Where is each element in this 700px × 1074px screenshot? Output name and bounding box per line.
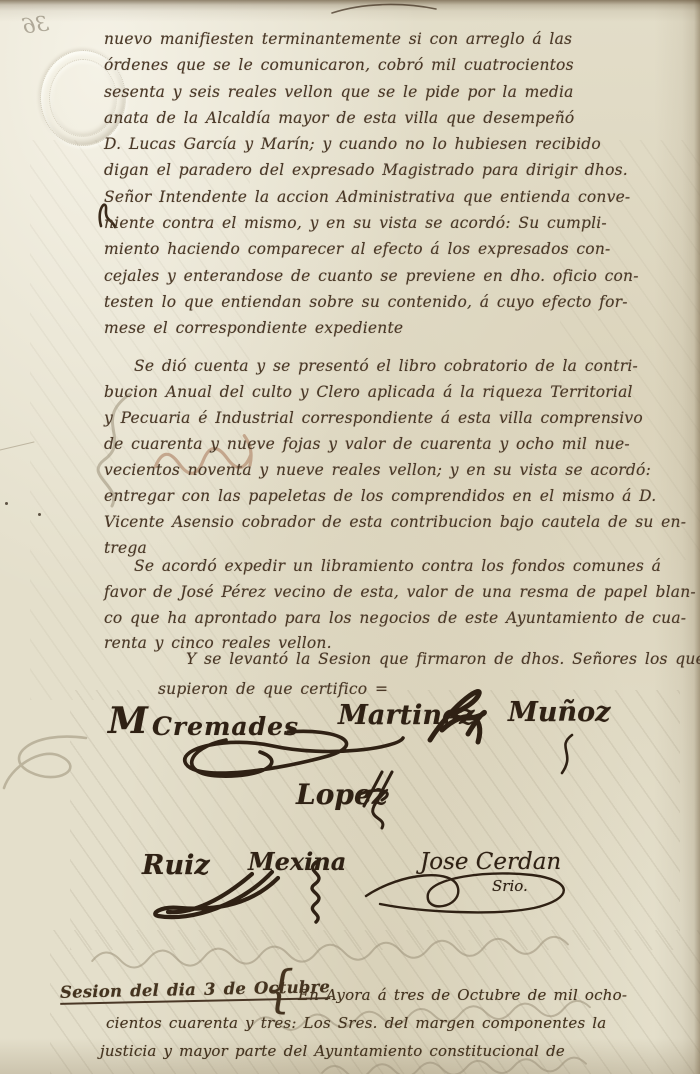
manuscript-page-scan: 36 nuevo manifiesten terminantemente si … bbox=[0, 0, 700, 1074]
manuscript-paragraph-1: nuevo manifiesten terminantemente si con… bbox=[104, 30, 639, 346]
manuscript-line: niente contra el mismo, y en su vista se… bbox=[104, 214, 639, 240]
manuscript-line: bucion Anual del culto y Clero aplicada … bbox=[104, 383, 686, 409]
manuscript-line: anata de la Alcaldía mayor de esta villa… bbox=[104, 109, 639, 135]
manuscript-line: Se acordó expedir un libramiento contra … bbox=[104, 557, 696, 583]
manuscript-line: Se dió cuenta y se presentó el libro cob… bbox=[104, 357, 686, 383]
session-text-line: justicia y mayor parte del Ayuntamiento … bbox=[100, 1042, 565, 1060]
manuscript-line: miento haciendo comparecer al efecto á l… bbox=[104, 240, 639, 266]
manuscript-line: Y se levantó la Sesion que firmaron de d… bbox=[158, 650, 700, 680]
manuscript-line: órdenes que se le comunicaron, cobró mil… bbox=[104, 56, 639, 82]
bleed-through-line-1 bbox=[90, 929, 611, 971]
manuscript-line: Señor Intendente la accion Administrativ… bbox=[104, 188, 639, 214]
signature-rubric-martinez bbox=[420, 678, 498, 748]
brace-mark: { bbox=[266, 960, 294, 1019]
bleed-page-number: 36 bbox=[20, 11, 50, 38]
manuscript-line: digan el paradero del expresado Magistra… bbox=[104, 161, 639, 187]
top-edge-pen-stroke bbox=[330, 0, 440, 16]
manuscript-line: testen lo que entiendan sobre su conteni… bbox=[104, 293, 639, 319]
manuscript-paragraph-2: Se dió cuenta y se presentó el libro cob… bbox=[104, 357, 686, 565]
manuscript-line: cejales y enterandose de cuanto se previ… bbox=[104, 267, 639, 293]
manuscript-line: y Pecuaria é Industrial correspondiente … bbox=[104, 409, 686, 435]
manuscript-line: Vicente Asensio cobrador de esta contrib… bbox=[104, 513, 686, 539]
bleed-through-loop bbox=[0, 728, 90, 794]
manuscript-line: mese el correspondiente expediente bbox=[104, 319, 639, 345]
signature-mexina: Mexina bbox=[248, 847, 346, 876]
signature-rubric-lopez bbox=[352, 770, 404, 830]
ink-speck bbox=[38, 513, 41, 516]
manuscript-paragraph-3: Se acordó expedir un libramiento contra … bbox=[104, 557, 696, 660]
manuscript-line: vecientos noventa y nueve reales vellon;… bbox=[104, 461, 686, 487]
manuscript-line: D. Lucas García y Marín; y cuando no lo … bbox=[104, 135, 639, 161]
manuscript-line: co que ha aprontado para los negocios de… bbox=[104, 609, 696, 635]
manuscript-line: nuevo manifiesten terminantemente si con… bbox=[104, 30, 639, 56]
signature-flourish-cerdan bbox=[362, 862, 580, 920]
signature-rubric-munoz bbox=[552, 733, 580, 777]
session-text-line: cientos cuarenta y tres: Los Sres. del m… bbox=[106, 1014, 606, 1032]
manuscript-line: entregar con las papeletas de los compre… bbox=[104, 487, 686, 513]
manuscript-line: de cuarenta y nueve fojas y valor de cua… bbox=[104, 435, 686, 461]
ink-speck bbox=[5, 502, 8, 505]
signature-rubric-mexina bbox=[302, 860, 330, 924]
manuscript-line: favor de José Pérez vecino de esta, valo… bbox=[104, 583, 696, 609]
session-text-line: En Ayora á tres de Octubre de mil ocho- bbox=[298, 986, 627, 1004]
hairline-crease bbox=[0, 440, 36, 452]
signature-munoz: Muñoz bbox=[508, 697, 611, 728]
signature-initial-m: M bbox=[108, 700, 148, 742]
manuscript-line: sesenta y seis reales vellon que se le p… bbox=[104, 83, 639, 109]
